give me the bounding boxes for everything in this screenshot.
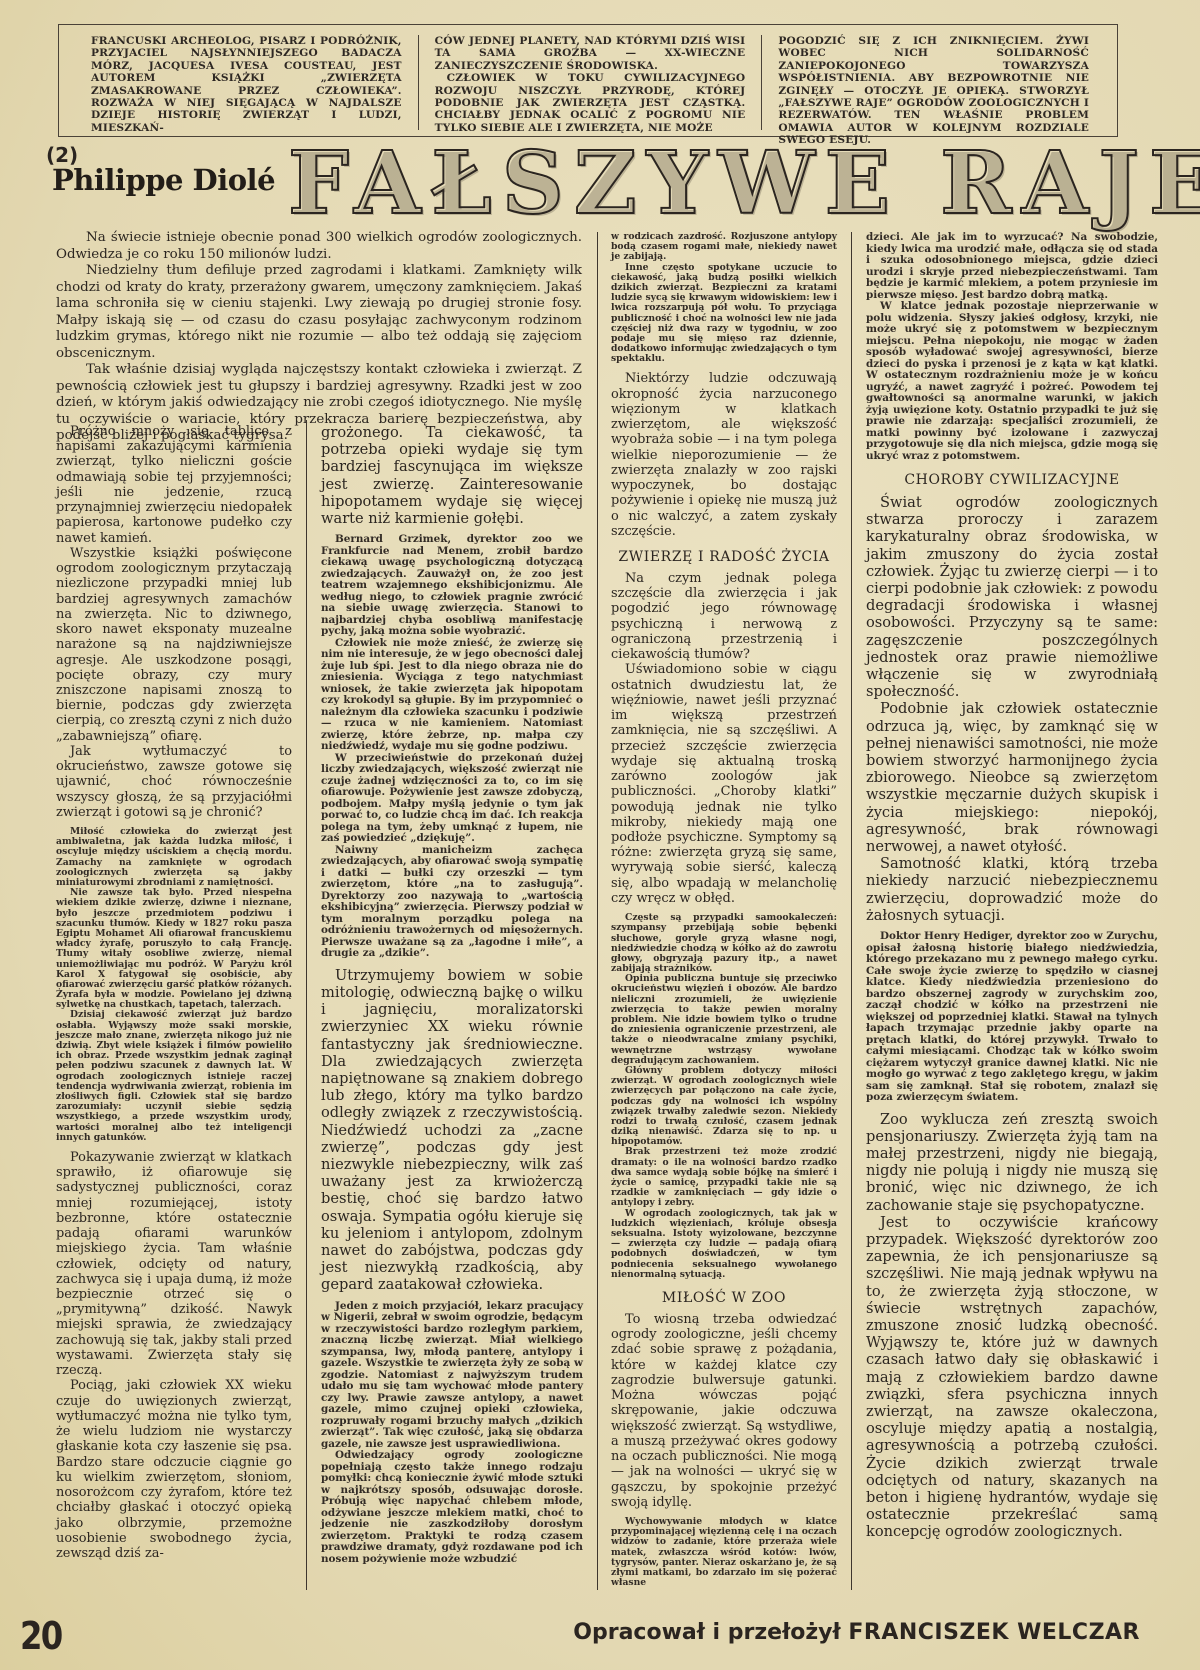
intro-text: POGODZIĆ SIĘ Z ICH ZNIKNIĘCIEM. ŻYWI WOB… [778, 35, 1089, 147]
article-paragraph: Jest to oczywiście krańcowy przypadek. W… [866, 1214, 1158, 1541]
intro-text: CZŁOWIEK W TOKU CYWILIZACYJNEGO ROZWOJU … [435, 72, 746, 134]
translator-name: FRANCISZEK WELCZAR [848, 1620, 1140, 1645]
article-paragraph: Miłość człowieka do zwierząt jest ambiwa… [56, 827, 292, 888]
author-name: Philippe Diolé [52, 163, 275, 197]
section-heading: CHOROBY CYWILIZACYJNE [866, 472, 1158, 488]
article-paragraph: Odwiedzający ogrody zoologiczne popełnia… [321, 1450, 583, 1565]
article-column-1: Próżno mnoży się tablice z napisami zaka… [56, 424, 292, 1561]
intro-box: FRANCUSKI ARCHEOLOG, PISARZ I PODRÓŻNIK,… [58, 24, 1118, 137]
intro-text: FRANCUSKI ARCHEOLOG, PISARZ I PODRÓŻNIK,… [91, 35, 402, 134]
article-paragraph: Dzisiaj ciekawość zwierząt już bardzo os… [56, 1010, 292, 1142]
article-paragraph: Próżno mnoży się tablice z napisami zaka… [56, 424, 292, 546]
newspaper-page: FRANCUSKI ARCHEOLOG, PISARZ I PODRÓŻNIK,… [0, 0, 1200, 1670]
article-column-2: grożonego. Ta ciekawość, ta potrzeba opi… [321, 424, 583, 1565]
article-paragraph: Podobnie jak człowiek ostatecznie odrzuc… [866, 700, 1158, 855]
article-paragraph: Samotność klatki, którą trzeba niekiedy … [866, 855, 1158, 924]
article-paragraph: W klatce jednak pozostaje nieprzerwanie … [866, 301, 1158, 462]
column-divider [597, 232, 598, 1590]
article-paragraph: Niektórzy ludzie odczuwają okropność życ… [611, 371, 837, 539]
intro-column-1: FRANCUSKI ARCHEOLOG, PISARZ I PODRÓŻNIK,… [75, 35, 418, 130]
article-paragraph: W ogrodach zoologicznych, tak jak w ludz… [611, 1209, 837, 1280]
spacer [866, 1104, 1158, 1111]
article-paragraph: Na czym jednak polega szczęście dla zwie… [611, 571, 837, 662]
article-paragraph: Główny problem dotyczy miłości zwierząt.… [611, 1066, 837, 1148]
article-paragraph: dzieci. Ale jak im to wyrzucać? Na swobo… [866, 232, 1158, 301]
article-paragraph: Opinia publiczna buntuje się przeciwko o… [611, 974, 837, 1066]
column-divider [306, 420, 307, 1590]
article-paragraph: Uświadomiono sobie w ciągu ostatnich dwu… [611, 662, 837, 906]
article-title: FAŁSZYWE RAJE [288, 140, 1168, 228]
intro-text: CÓW JEDNEJ PLANETY, NAD KTÓRYMI DZIŚ WIS… [435, 35, 746, 72]
translator-credit: Opracował i przełożył FRANCISZEK WELCZAR [500, 1620, 1140, 1645]
page-number: 20 [20, 1614, 62, 1658]
lead-paragraph: Niedzielny tłum defiluje przed zagrodami… [56, 263, 582, 362]
intro-column-2: CÓW JEDNEJ PLANETY, NAD KTÓRYMI DZIŚ WIS… [418, 35, 762, 130]
article-paragraph: Pokazywanie zwierząt w klatkach sprawiło… [56, 1150, 292, 1379]
article-paragraph: Częste są przypadki samookaleczeń: szymp… [611, 913, 837, 974]
article-paragraph: Utrzymujemy bowiem w sobie mitologię, od… [321, 967, 583, 1294]
intro-column-3: POGODZIĆ SIĘ Z ICH ZNIKNIĘCIEM. ŻYWI WOB… [761, 35, 1105, 130]
article-paragraph: Zoo wyklucza zeń zresztą swoich pensjona… [866, 1111, 1158, 1214]
article-paragraph: Nie zawsze tak było. Przed niespełna wie… [56, 888, 292, 1010]
article-paragraph: Naiwny manicheizm zachęca zwiedzających,… [321, 845, 583, 960]
section-heading: ZWIERZĘ I RADOŚĆ ŻYCIA [611, 549, 837, 565]
article-paragraph: To wiosną trzeba odwiedzać ogrody zoolog… [611, 1312, 837, 1510]
lead-paragraphs: Na świecie istnieje obecnie ponad 300 wi… [56, 230, 582, 445]
column-divider [851, 232, 852, 1590]
spacer [611, 364, 837, 371]
article-paragraph: grożonego. Ta ciekawość, ta potrzeba opi… [321, 424, 583, 527]
article-paragraph: Bernard Grzimek, dyrektor zoo we Frankfu… [321, 534, 583, 638]
article-paragraph: w rodzicach zazdrość. Rozjuszone antylop… [611, 232, 837, 263]
article-column-3: w rodzicach zazdrość. Rozjuszone antylop… [611, 232, 837, 1588]
article-paragraph: W przeciwieństwie do przekonań dużej lic… [321, 753, 583, 845]
lead-paragraph: Na świecie istnieje obecnie ponad 300 wi… [56, 230, 582, 263]
article-paragraph: Świat ogrodów zoologicznych stwarza pror… [866, 494, 1158, 700]
section-heading: MIŁOŚĆ W ZOO [611, 1290, 837, 1306]
article-paragraph: Brak przestrzeni też może zrodzić dramat… [611, 1147, 837, 1208]
credit-prefix: Opracował i przełożył [573, 1620, 840, 1645]
article-column-4: dzieci. Ale jak im to wyrzucać? Na swobo… [866, 232, 1158, 1541]
spacer [56, 1143, 292, 1150]
article-paragraph: Wychowywanie młodych w klatce przypomina… [611, 1517, 837, 1588]
spacer [321, 960, 583, 967]
article-paragraph: Wszystkie książki poświęcone ogrodom zoo… [56, 546, 292, 744]
article-paragraph: Jak wytłumaczyć to okrucieństwo, zawsze … [56, 744, 292, 820]
article-paragraph: Jeden z moich przyjaciół, lekarz pracują… [321, 1301, 583, 1451]
article-paragraph: Doktor Henry Hediger, dyrektor zoo w Zur… [866, 931, 1158, 1104]
article-paragraph: Pociąg, jaki człowiek XX wieku czuje do … [56, 1378, 292, 1561]
article-paragraph: Człowiek nie może znieść, że zwierzę się… [321, 638, 583, 753]
article-paragraph: Inne często spotykane uczucie to ciekawo… [611, 263, 837, 365]
